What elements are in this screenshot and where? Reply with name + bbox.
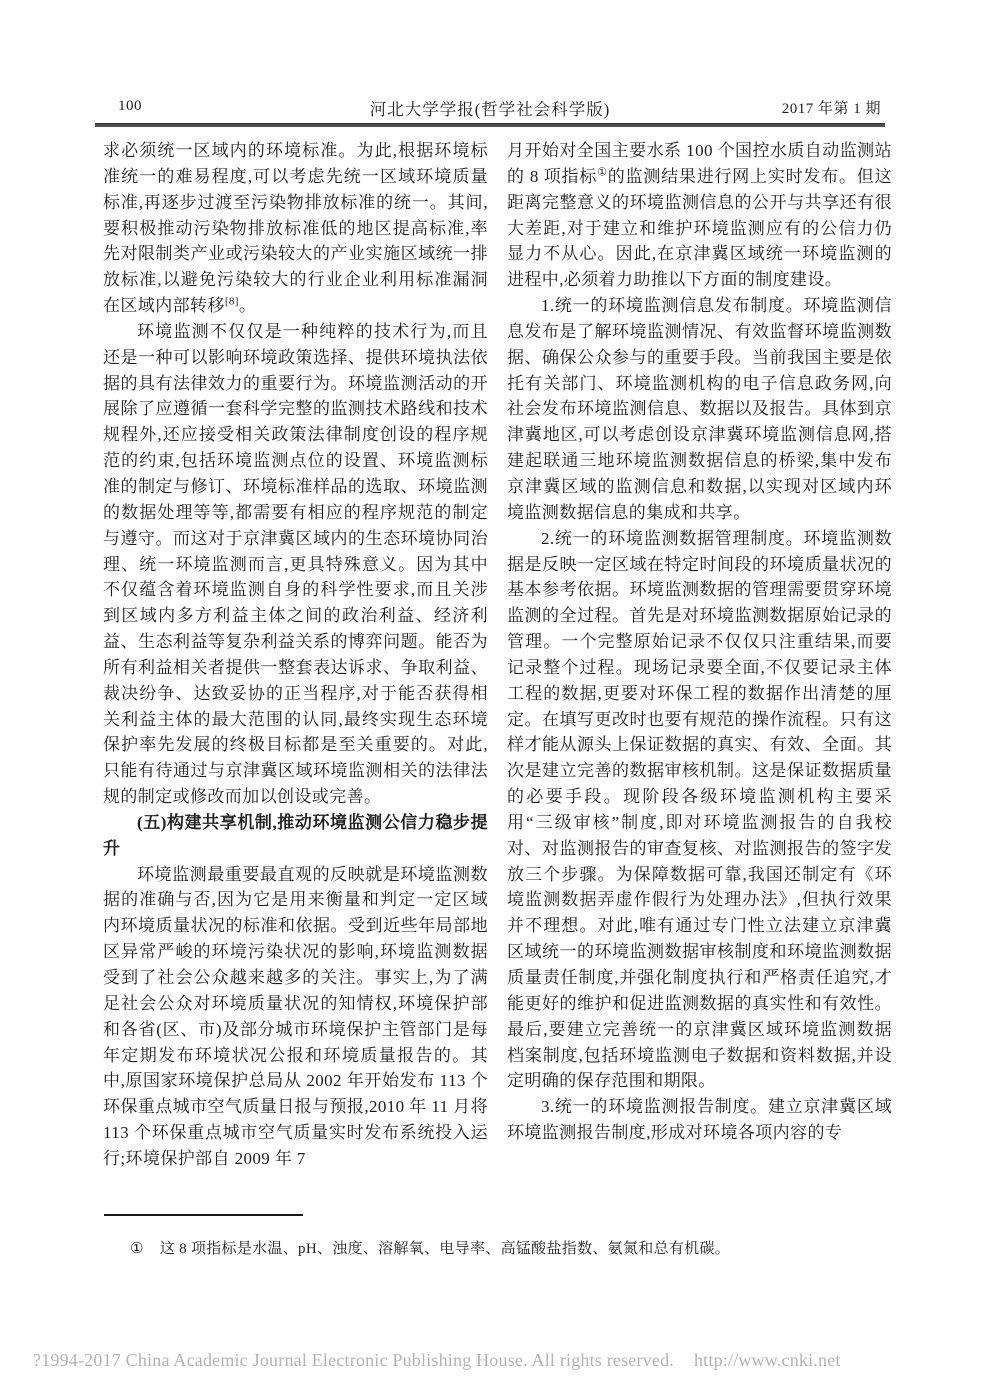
issue-label: 2017 年第 1 期 — [782, 97, 881, 118]
journal-title: 河北大学学报(哲学社会科学版) — [95, 96, 885, 120]
page-header: 100 河北大学学报(哲学社会科学版) 2017 年第 1 期 — [95, 96, 885, 120]
journal-page: 100 河北大学学报(哲学社会科学版) 2017 年第 1 期 求必须统一区域内… — [0, 0, 989, 1393]
text-run: 1.统一的环境监测信息发布制度。环境监测信息发布是了解环境监测情况、有效监督环境… — [507, 296, 892, 522]
text-run: 3.统一的环境监测报告制度。建立京津冀区域环境监测报告制度,形成对环境各项内容的… — [507, 1097, 892, 1142]
paragraph: 环境监测最重要最直观的反映就是环境监测数据的准确与否,因为它是用来衡量和判定一定… — [103, 862, 488, 1172]
text-run: 环境监测最重要最直观的反映就是环境监测数据的准确与否,因为它是用来衡量和判定一定… — [103, 865, 488, 1168]
footnote-separator — [104, 1214, 303, 1216]
footnote-text: 这 8 项指标是水温、pH、浊度、溶解氧、电导率、高锰酸盐指数、氨氮和总有机碳。 — [160, 1241, 730, 1257]
copyright-footer: ?1994-2017 China Academic Journal Electr… — [33, 1350, 973, 1371]
left-column: 求必须统一区域内的环境标准。为此,根据环境标准统一的难易程度,可以考虑先统一区域… — [103, 138, 488, 1172]
paragraph: 求必须统一区域内的环境标准。为此,根据环境标准统一的难易程度,可以考虑先统一区域… — [103, 138, 488, 319]
cnki-url: http://www.cnki.net — [694, 1350, 841, 1370]
text-run: 求必须统一区域内的环境标准。为此,根据环境标准统一的难易程度,可以考虑先统一区域… — [103, 141, 488, 315]
superscript-ref: ① — [597, 166, 608, 178]
copyright-text: ?1994-2017 China Academic Journal Electr… — [33, 1350, 674, 1370]
footnote-marker: ① — [130, 1241, 144, 1257]
text-run: 环境监测不仅仅是一种纯粹的技术行为,而且还是一种可以影响环境政策选择、提供环境执… — [103, 322, 488, 806]
paragraph: 月开始对全国主要水系 100 个国控水质自动监测站的 8 项指标①的监测结果进行… — [507, 138, 892, 293]
text-run: 。 — [239, 296, 256, 315]
paragraph: 1.统一的环境监测信息发布制度。环境监测信息发布是了解环境监测情况、有效监督环境… — [507, 293, 892, 526]
paragraph: 环境监测不仅仅是一种纯粹的技术行为,而且还是一种可以影响环境政策选择、提供环境执… — [103, 319, 488, 810]
header-rule — [95, 123, 885, 127]
right-column: 月开始对全国主要水系 100 个国控水质自动监测站的 8 项指标①的监测结果进行… — [507, 138, 892, 1146]
footnote: ①这 8 项指标是水温、pH、浊度、溶解氧、电导率、高锰酸盐指数、氨氮和总有机碳… — [130, 1238, 770, 1260]
paragraph: 2.统一的环境监测数据管理制度。环境监测数据是反映一定区域在特定时间段的环境质量… — [507, 526, 892, 1095]
text-run: 2.统一的环境监测数据管理制度。环境监测数据是反映一定区域在特定时间段的环境质量… — [507, 529, 892, 1091]
section-heading: (五)构建共享机制,推动环境监测公信力稳步提升 — [103, 810, 488, 862]
text-run: (五)构建共享机制,推动环境监测公信力稳步提升 — [103, 813, 488, 858]
paragraph: 3.统一的环境监测报告制度。建立京津冀区域环境监测报告制度,形成对环境各项内容的… — [507, 1094, 892, 1146]
superscript-ref: [8] — [225, 295, 239, 307]
